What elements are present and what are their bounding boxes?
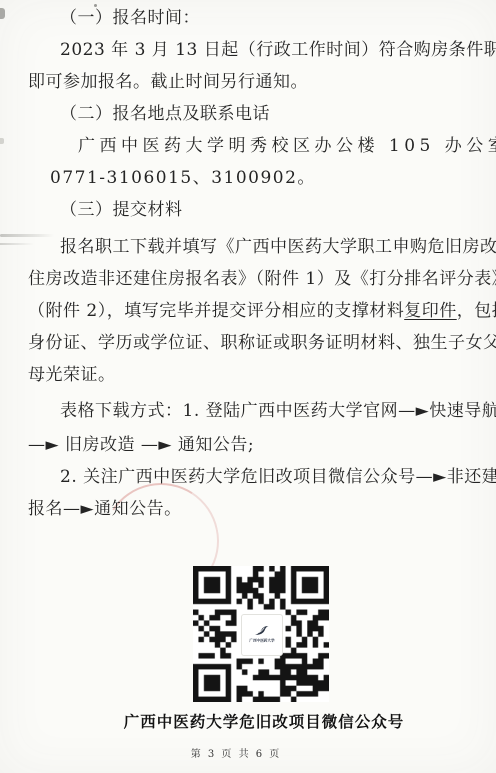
para-materials-1: 报名职工下载并填写《广西中医药大学职工申购危旧房改 xyxy=(60,231,478,263)
para-materials-3-post: ，包括 xyxy=(457,301,496,321)
para-materials-3-pre: （附件 2），填写完毕并提交评分相应的支撑材料 xyxy=(28,301,404,321)
university-logo: 广西中医药大学 xyxy=(241,614,283,656)
scanned-document-page: （一）报名时间： 2023 年 3 月 13 日起（行政工作时间）符合购房条件职… xyxy=(0,0,496,773)
qr-caption: 广西中医药大学危旧改项目微信公众号 xyxy=(0,710,496,732)
university-logo-text: 广西中医药大学 xyxy=(249,639,274,643)
para-registration-time-2: 即可参加报名。截止时间另行通知。 xyxy=(28,66,478,98)
university-emblem-icon xyxy=(253,624,271,638)
section-3-heading: （三）提交材料 xyxy=(60,194,478,226)
para-materials-5: 母光荣证。 xyxy=(28,359,478,391)
para-download-way-2: —► 旧房改造 —► 通知公告; xyxy=(28,429,478,461)
document-body: （一）报名时间： 2023 年 3 月 13 日起（行政工作时间）符合购房条件职… xyxy=(28,2,478,525)
underlined-term-copy: 复印件 xyxy=(404,301,457,321)
para-wechat-way-2: 报名—►通知公告。 xyxy=(28,493,478,525)
page-number: 第 3 页 共 6 页 xyxy=(0,745,472,760)
para-wechat-way-1: 2. 关注广西中医药大学危旧改项目微信公众号—►非还建 xyxy=(60,461,478,493)
para-registration-time-1: 2023 年 3 月 13 日起（行政工作时间）符合购房条件职工 xyxy=(60,34,478,66)
para-materials-4: 身份证、学历或学位证、职称证或职务证明材料、独生子女父 xyxy=(28,327,478,359)
section-1-heading: （一）报名时间： xyxy=(60,2,478,34)
scan-speck xyxy=(0,8,5,19)
section-2-heading: （二）报名地点及联系电话 xyxy=(60,98,478,130)
para-phone-numbers: 0771-3106015、3100902。 xyxy=(50,162,478,194)
para-materials-2: 住房改造非还建住房报名表》（附件 1）及《打分排名评分表》 xyxy=(28,263,478,295)
para-address: 广西中医药大学明秀校区办公楼 105 办公室， xyxy=(78,130,478,162)
scan-speck xyxy=(0,138,4,144)
qr-code: 广西中医药大学 xyxy=(193,566,329,702)
para-download-way-1: 表格下载方式：1. 登陆广西中医药大学官网—►快速导航 xyxy=(60,395,478,427)
para-materials-3: （附件 2），填写完毕并提交评分相应的支撑材料复印件，包括 xyxy=(28,295,478,327)
